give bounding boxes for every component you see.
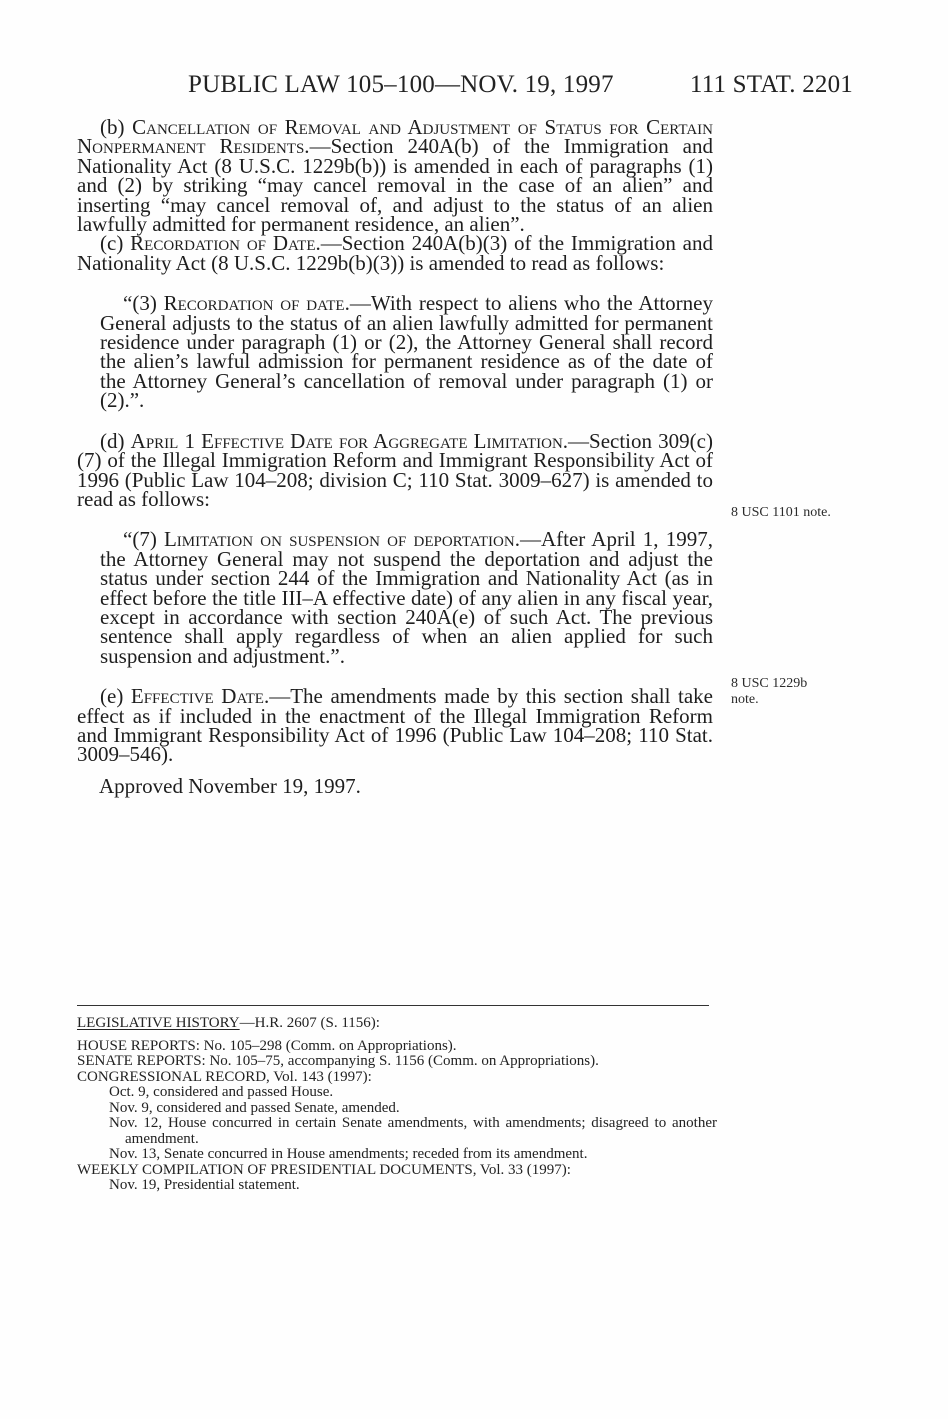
subsection-c: (c) Recordation of Date.—Section 240A(b)… <box>77 234 713 273</box>
subsection-d-quoted-paragraph: “(7) Limitation on suspension of deporta… <box>100 530 713 666</box>
senate-reports: SENATE REPORTS: No. 105–75, accompanying… <box>77 1054 717 1070</box>
subsection-b: (b) Cancellation of Removal and Adjustme… <box>77 118 713 234</box>
margin-note-text: 8 USC 1101 note. <box>731 505 831 520</box>
legislative-history-title: LEGISLATIVE HISTORY—H.R. 2607 (S. 1156): <box>77 1016 717 1032</box>
subsection-e: (e) Effective Date.—The amendments made … <box>77 687 713 765</box>
record-entry: Nov. 13, Senate concurred in House amend… <box>77 1147 717 1163</box>
document-page: PUBLIC LAW 105–100—NOV. 19, 1997 111 STA… <box>0 0 948 1419</box>
subsection-c-quoted-paragraph: “(3) Recordation of date.—With respect t… <box>100 294 713 410</box>
margin-note-line2: note. <box>731 692 861 708</box>
header-stat-page: 111 STAT. 2201 <box>690 70 853 100</box>
subsection-d: (d) April 1 Effective Date for Aggregate… <box>77 432 713 510</box>
congressional-record: CONGRESSIONAL RECORD, Vol. 143 (1997): <box>77 1070 717 1086</box>
house-reports: HOUSE REPORTS: No. 105–298 (Comm. on App… <box>77 1039 717 1055</box>
margin-note-usc-1229b: 8 USC 1229b note. <box>731 676 861 708</box>
running-header: PUBLIC LAW 105–100—NOV. 19, 1997 111 STA… <box>188 70 853 100</box>
record-entry: Oct. 9, considered and passed House. <box>77 1085 717 1101</box>
approval-date: Approved November 19, 1997. <box>99 775 361 797</box>
footnote-divider <box>77 1005 709 1006</box>
quote-d-text: —After April 1, 1997, the Attorney Gener… <box>100 527 713 667</box>
margin-note-usc-1101: 8 USC 1101 note. <box>731 505 861 521</box>
record-entry: Nov. 12, House concurred in certain Sena… <box>77 1116 717 1147</box>
margin-note-line1: 8 USC 1229b <box>731 676 861 692</box>
record-entry: Nov. 9, considered and passed Senate, am… <box>77 1101 717 1117</box>
legislative-history-bill: —H.R. 2607 (S. 1156): <box>240 1015 380 1031</box>
weekly-entry: Nov. 19, Presidential statement. <box>77 1178 717 1194</box>
weekly-compilation: WEEKLY COMPILATION OF PRESIDENTIAL DOCUM… <box>77 1163 717 1179</box>
statute-body: (b) Cancellation of Removal and Adjustme… <box>77 118 713 765</box>
header-law-citation: PUBLIC LAW 105–100—NOV. 19, 1997 <box>188 70 614 100</box>
legislative-history-heading: LEGISLATIVE HISTORY <box>77 1015 240 1031</box>
legislative-history: LEGISLATIVE HISTORY—H.R. 2607 (S. 1156):… <box>77 1016 717 1194</box>
